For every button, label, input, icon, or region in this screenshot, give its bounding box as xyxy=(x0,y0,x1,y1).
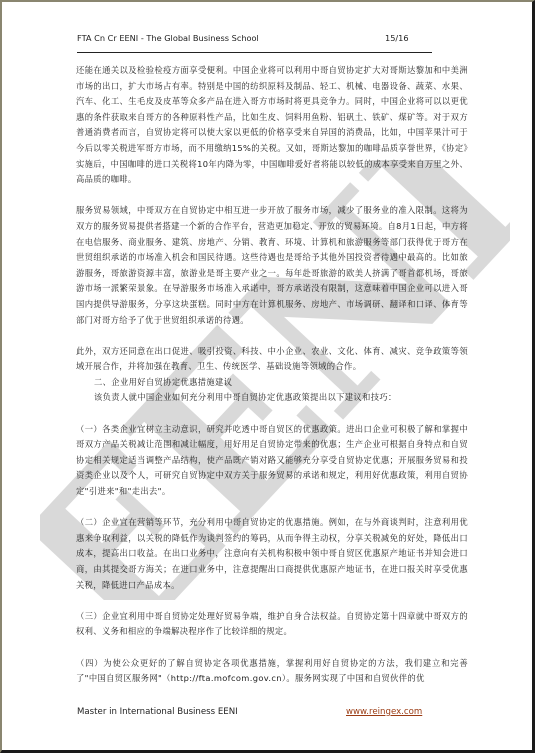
paragraph-intro-advice: 该负责人就中国企业如何充分利用中哥自贸协定优惠政策提出以下建议和技巧： xyxy=(76,390,468,406)
paragraph-trade-benefits: 还能在通关以及检验检疫方面享受便利。中国企业将可以利用中哥自贸协定扩大对哥斯达黎… xyxy=(76,63,468,188)
header-title: FTA Cn Cr EENI - The Global Business Sch… xyxy=(77,33,259,43)
footer-program-name: Master in International Business EENI xyxy=(77,707,238,717)
paragraph-advice-1: （一）各类企业宜树立主动意识，研究并吃透中哥自贸区的优惠政策。进出口企业可积极了… xyxy=(76,422,468,500)
document-body: 还能在通关以及检验检疫方面享受便利。中国企业将可以利用中哥自贸协定扩大对哥斯达黎… xyxy=(76,63,468,687)
header-divider xyxy=(77,52,432,53)
footer-website-link[interactable]: www.reingex.com xyxy=(346,707,422,717)
page-header: FTA Cn Cr EENI - The Global Business Sch… xyxy=(77,33,433,47)
section-heading: 二、企业用好自贸协定优惠措施建议 xyxy=(76,375,468,391)
page-footer: Master in International Business EENI ww… xyxy=(77,707,432,721)
paragraph-cooperation: 此外，双方还同意在出口促进、吸引投资、科技、中小企业、农业、文化、体育、减灾、竞… xyxy=(76,344,468,375)
paragraph-advice-3: （三）企业宜利用中哥自贸协定处理好贸易争端，维护自身合法权益。自贸协定第十四章就… xyxy=(76,609,468,640)
paragraph-advice-4: （四）为使公众更好的了解自贸协定各项优惠措施，掌握利用好自贸协定的方法，我们建立… xyxy=(76,656,468,687)
page-number: 15/16 xyxy=(385,33,409,43)
paragraph-advice-2: （二）企业宜在营销等环节，充分利用中哥自贸协定的优惠措施。例如，在与外商谈判时，… xyxy=(76,515,468,593)
paragraph-services-trade: 服务贸易领域，中哥双方在自贸协定中相互进一步开放了服务市场，减少了服务业的准入限… xyxy=(76,203,468,328)
